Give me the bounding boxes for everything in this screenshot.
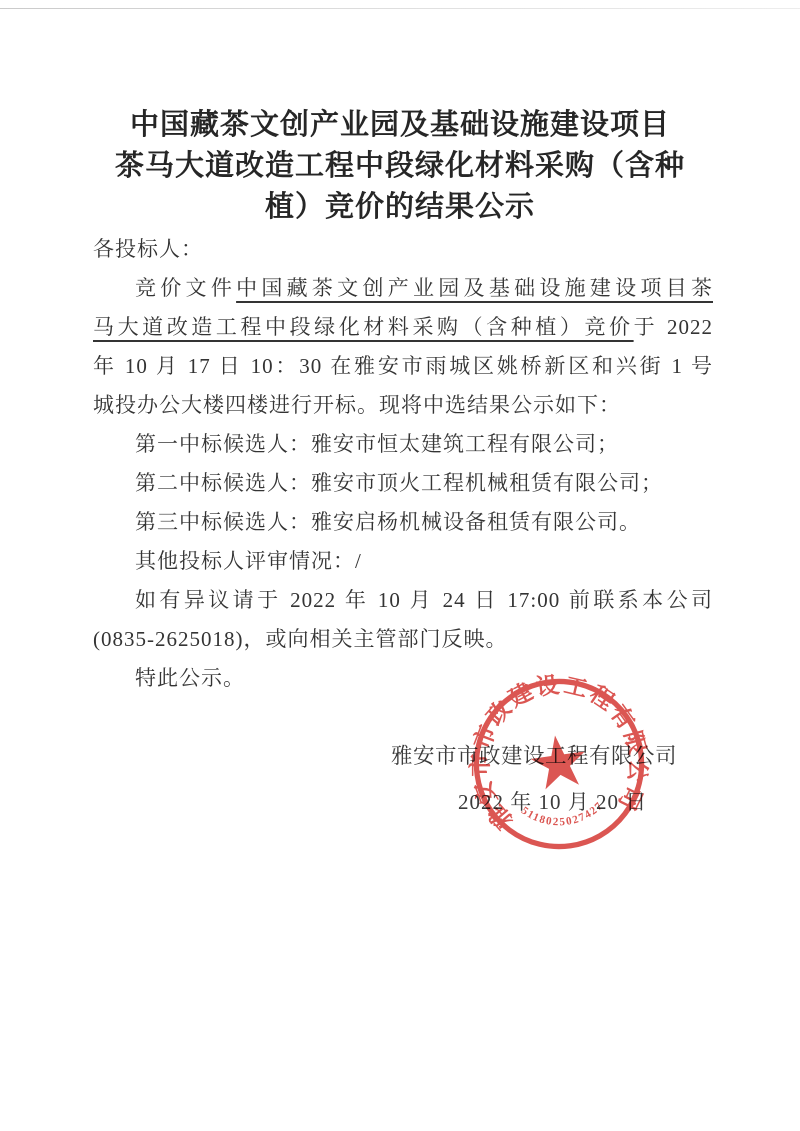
seal-serial-number: 5118025027427 — [518, 794, 608, 835]
bid-paragraph-line-1: 竞价文件中国藏茶文创产业园及基础设施建设项目茶 — [93, 269, 713, 308]
candidate-third: 第三中标候选人：雅安启杨机械设备租赁有限公司。 — [93, 503, 713, 542]
objection-line-1: 如有异议请于 2022 年 10 月 24 日 17:00 前联系本公司 — [93, 581, 713, 620]
candidate-first: 第一中标候选人：雅安市恒太建筑工程有限公司； — [93, 425, 713, 464]
candidate-second: 第二中标候选人：雅安市顶火工程机械租赁有限公司； — [93, 464, 713, 503]
notice-title: 中国藏茶文创产业园及基础设施建设项目 茶马大道改造工程中段绿化材料采购（含种 植… — [55, 105, 745, 228]
bid-paragraph-line-2: 马大道改造工程中段绿化材料采购（含种植）竞价于 2022 — [93, 308, 713, 347]
project-name-underlined-part-1: 中国藏茶文创产业园及基础设施建设项目茶 — [236, 276, 713, 300]
project-name-underlined-part-2: 马大道改造工程中段绿化材料采购（含种植）竞价 — [93, 315, 634, 339]
notice-body: 各投标人： 竞价文件中国藏茶文创产业园及基础设施建设项目茶 马大道改造工程中段绿… — [93, 230, 713, 698]
notice-title-line-2: 茶马大道改造工程中段绿化材料采购（含种 — [55, 146, 745, 187]
bid-paragraph-line-4: 城投办公大楼四楼进行开标。现将中选结果公示如下： — [93, 386, 713, 425]
bid-paragraph-after-underline: 于 2022 — [634, 315, 713, 339]
seal-star-icon — [528, 732, 589, 791]
company-seal: 雅安市市政建设工程有限公司 5118025027427 — [451, 656, 668, 873]
other-bidders-review: 其他投标人评审情况：/ — [93, 542, 713, 581]
scan-artifact-line — [0, 8, 800, 9]
bid-paragraph-line-3: 年 10 月 17 日 10：30 在雅安市雨城区姚桥新区和兴街 1 号 — [93, 347, 713, 386]
notice-title-line-3: 植）竞价的结果公示 — [55, 187, 745, 228]
scanned-notice-page: 中国藏茶文创产业园及基础设施建设项目 茶马大道改造工程中段绿化材料采购（含种 植… — [0, 0, 800, 1131]
objection-line-2: (0835-2625018)，或向相关主管部门反映。 — [93, 620, 713, 659]
notice-title-line-1: 中国藏茶文创产业园及基础设施建设项目 — [55, 105, 745, 146]
bid-paragraph-lead: 竞价文件 — [135, 276, 236, 300]
salutation: 各投标人： — [93, 230, 713, 269]
